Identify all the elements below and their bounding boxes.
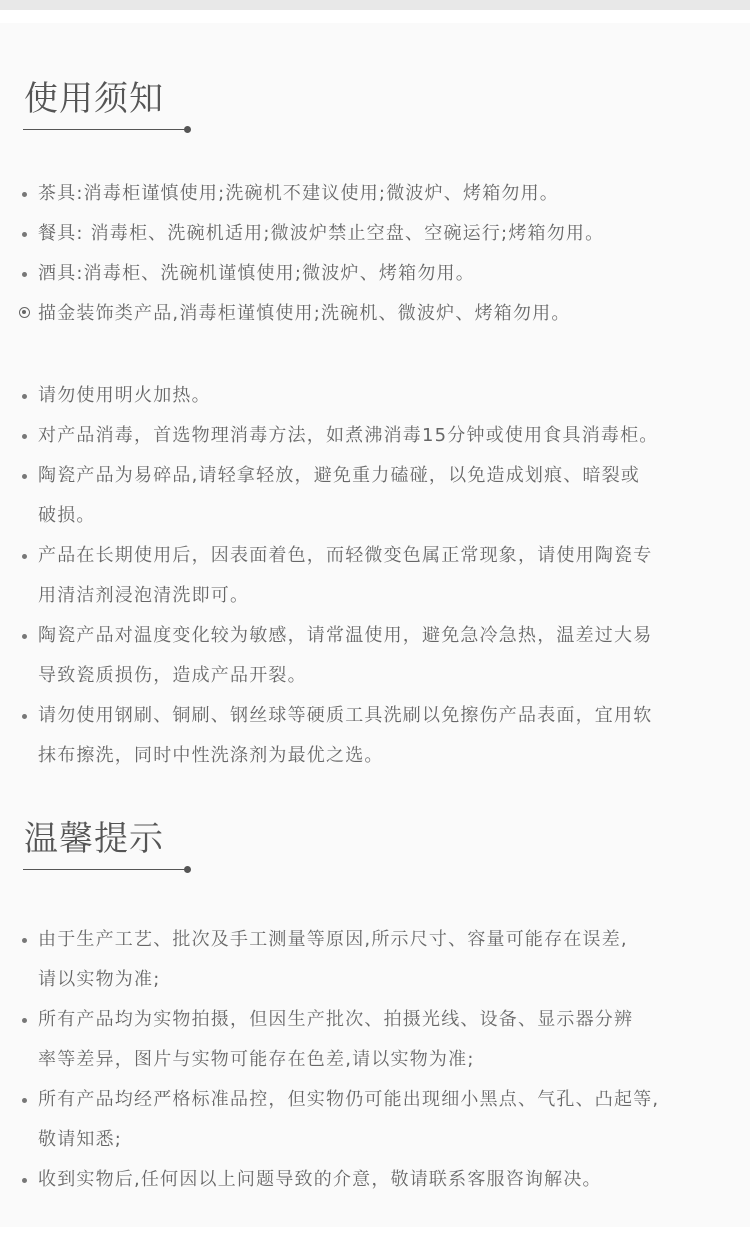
item-text: 请勿使用明火加热。 [38,385,211,406]
bullet-icon [22,634,27,639]
bullet-icon [22,434,27,439]
list-item: 由于生产工艺、批次及手工测量等原因,所示尺寸、容量可能存在误差,请以实物为准; [0,920,750,1000]
bullet-icon [22,1098,27,1103]
item-text: 酒具:消毒柜、洗碗机谨慎使用;微波炉、烤箱勿用。 [38,263,475,284]
item-text: 由于生产工艺、批次及手工测量等原因,所示尺寸、容量可能存在误差, [38,929,628,950]
bullet-icon [22,192,27,197]
item-text: 茶具:消毒柜谨慎使用;洗碗机不建议使用;微波炉、烤箱勿用。 [38,183,559,204]
section-title-tips: 温馨提示 [24,819,164,859]
list-item: 餐具: 消毒柜、洗碗机适用;微波炉禁止空盘、空碗运行;烤箱勿用。 [0,214,750,254]
item-text-cont: 率等差异，图片与实物可能存在色差,请以实物为准; [38,1049,475,1070]
title-divider [23,869,187,870]
item-text: 收到实物后,任何因以上问题导致的介意，敬请联系客服咨询解决。 [38,1169,602,1190]
section-title-usage: 使用须知 [24,79,164,119]
list-item: 收到实物后,任何因以上问题导致的介意，敬请联系客服咨询解决。 [0,1160,750,1200]
item-text: 餐具: 消毒柜、洗碗机适用;微波炉禁止空盘、空碗运行;烤箱勿用。 [38,223,604,244]
bullet-icon [22,714,27,719]
list-item: 描金装饰类产品,消毒柜谨慎使用;洗碗机、微波炉、烤箱勿用。 [0,294,750,334]
usage-list-1: 茶具:消毒柜谨慎使用;洗碗机不建议使用;微波炉、烤箱勿用。 餐具: 消毒柜、洗碗… [0,174,750,334]
item-text: 请勿使用钢刷、铜刷、钢丝球等硬质工具洗刷以免擦伤产品表面，宜用软 [38,705,652,726]
item-text: 描金装饰类产品,消毒柜谨慎使用;洗碗机、微波炉、烤箱勿用。 [38,303,571,324]
usage-list-2: 请勿使用明火加热。 对产品消毒，首选物理消毒方法，如煮沸消毒15分钟或使用食具消… [0,376,750,776]
bullet-icon [22,394,27,399]
bullet-icon [22,272,27,277]
list-item: 陶瓷产品为易碎品,请轻拿轻放，避免重力磕碰，以免造成划痕、暗裂或破损。 [0,456,750,536]
title-divider [23,129,187,130]
item-text: 产品在长期使用后，因表面着色，而轻微变色属正常现象，请使用陶瓷专 [38,545,652,566]
item-text-cont: 请以实物为准; [38,969,160,990]
item-text-cont: 破损。 [38,505,96,526]
bullet-icon [22,1018,27,1023]
item-text: 对产品消毒，首选物理消毒方法，如煮沸消毒15分钟或使用食具消毒柜。 [38,425,659,446]
item-text-cont: 敬请知悉; [38,1129,122,1150]
bullet-icon [22,554,27,559]
list-item: 请勿使用明火加热。 [0,376,750,416]
item-text: 陶瓷产品对温度变化较为敏感，请常温使用，避免急冷急热，温差过大易 [38,625,652,646]
list-item: 对产品消毒，首选物理消毒方法，如煮沸消毒15分钟或使用食具消毒柜。 [0,416,750,456]
divider-dot-icon [184,866,191,873]
list-item: 请勿使用钢刷、铜刷、钢丝球等硬质工具洗刷以免擦伤产品表面，宜用软抹布擦洗，同时中… [0,696,750,776]
tips-list: 由于生产工艺、批次及手工测量等原因,所示尺寸、容量可能存在误差,请以实物为准; … [0,920,750,1200]
item-text-cont: 抹布擦洗，同时中性洗涤剂为最优之选。 [38,745,384,766]
divider-dot-icon [184,126,191,133]
item-text: 所有产品均为实物拍摄，但因生产批次、拍摄光线、设备、显示器分辨 [38,1009,633,1030]
bullet-icon [22,938,27,943]
list-item: 酒具:消毒柜、洗碗机谨慎使用;微波炉、烤箱勿用。 [0,254,750,294]
list-item: 茶具:消毒柜谨慎使用;洗碗机不建议使用;微波炉、烤箱勿用。 [0,174,750,214]
list-item: 所有产品均为实物拍摄，但因生产批次、拍摄光线、设备、显示器分辨率等差异，图片与实… [0,1000,750,1080]
item-text-cont: 导致瓷质损伤，造成产品开裂。 [38,665,307,686]
bullet-icon [22,474,27,479]
list-item: 陶瓷产品对温度变化较为敏感，请常温使用，避免急冷急热，温差过大易导致瓷质损伤，造… [0,616,750,696]
bullet-icon [22,1178,27,1183]
item-text-cont: 用清洁剂浸泡清洗即可。 [38,585,249,606]
bullet-icon [22,232,27,237]
top-band [0,0,750,10]
list-item: 产品在长期使用后，因表面着色，而轻微变色属正常现象，请使用陶瓷专用清洁剂浸泡清洗… [0,536,750,616]
item-text: 陶瓷产品为易碎品,请轻拿轻放，避免重力磕碰，以免造成划痕、暗裂或 [38,465,640,486]
circled-dot-icon [19,307,30,318]
list-item: 所有产品均经严格标准品控，但实物仍可能出现细小黑点、气孔、凸起等,敬请知悉; [0,1080,750,1160]
item-text: 所有产品均经严格标准品控，但实物仍可能出现细小黑点、气孔、凸起等, [38,1089,659,1110]
